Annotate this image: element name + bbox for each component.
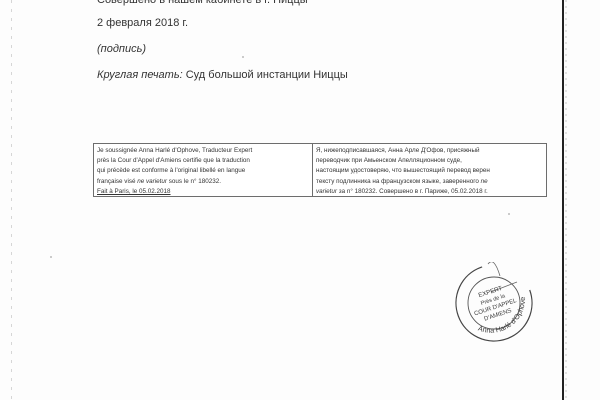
fr-line: Je soussignée Anna Harlé d'Ophove, Tradu… bbox=[97, 146, 309, 156]
fr-text: sous le n° 180232. bbox=[167, 178, 221, 185]
ru-line: varietur за n° 180232. Совершено в г. Па… bbox=[316, 187, 543, 196]
fr-line: française visé ne varietur sous le n° 18… bbox=[97, 177, 309, 187]
scan-speck bbox=[50, 256, 52, 258]
scan-edge-shadow bbox=[565, 0, 567, 400]
fr-text: française visé bbox=[97, 178, 137, 185]
seal-value: Суд большой инстанции Ниццы bbox=[183, 69, 348, 81]
seal-label: Круглая печать: bbox=[97, 69, 183, 81]
scan-speck bbox=[508, 213, 510, 215]
ru-line: тексту подлинника на французском языке, … bbox=[316, 177, 543, 187]
ru-line: Я, нижеподписавшаяся, Анна Арле Д'Офов, … bbox=[316, 146, 543, 156]
certification-french: Je soussignée Anna Harlé d'Ophove, Tradu… bbox=[94, 144, 313, 196]
fr-line: Fait à Paris, le 05.02.2018 bbox=[97, 187, 309, 196]
document-date: 2 февраля 2018 г. bbox=[97, 17, 188, 29]
ru-line: переводчик при Амьенском Апелляционном с… bbox=[316, 156, 543, 166]
scan-speck bbox=[242, 56, 244, 58]
executed-in-office-line: Совершено в нашем кабинете в г. Ниццы bbox=[97, 0, 308, 6]
translator-certification-box: Je soussignée Anna Harlé d'Ophove, Tradu… bbox=[93, 143, 547, 197]
fr-italic: ne varietur bbox=[137, 178, 167, 185]
fr-line: près la Cour d'Appel d'Amiens certifie q… bbox=[97, 156, 309, 166]
ru-text: тексту подлинника на французском языке, … bbox=[316, 178, 481, 185]
translator-stamp-icon: EXPERT Près de la COUR D'APPEL D'AMIENS … bbox=[453, 262, 535, 344]
signature-placeholder: (подпись) bbox=[97, 43, 146, 55]
round-seal-line: Круглая печать: Суд большой инстанции Ни… bbox=[97, 69, 348, 81]
certification-russian: Я, нижеподписавшаяся, Анна Арле Д'Офов, … bbox=[313, 144, 546, 196]
scan-edge-rule bbox=[562, 0, 564, 400]
ru-line: настоящим удостоверяю, что вышестоящий п… bbox=[316, 166, 543, 176]
scan-margin-dots bbox=[11, 0, 12, 400]
ru-italic: ne bbox=[481, 178, 488, 185]
ru-italic: varietur bbox=[316, 188, 337, 195]
fr-line: qui précède est conforme à l'original li… bbox=[97, 166, 309, 176]
ru-text: за n° 180232. Совершено в г. Париже, 05.… bbox=[337, 188, 488, 195]
